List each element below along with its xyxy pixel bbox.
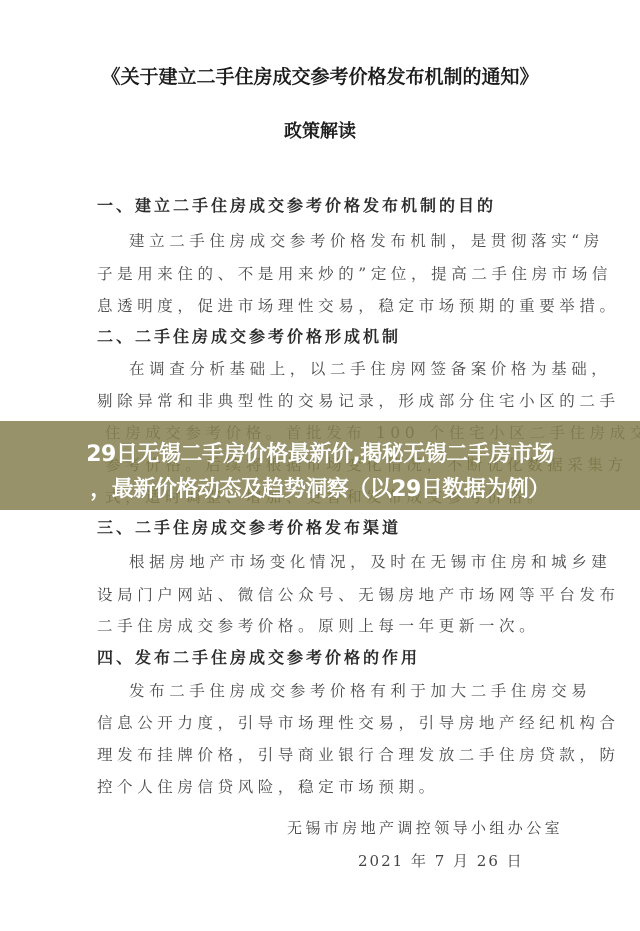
section-4-line: 控个人住房信贷风险，稳定市场预期。 — [97, 775, 439, 797]
section-3-line: 根据房地产市场变化情况，及时在无锡市住房和城乡建 — [129, 550, 611, 572]
document-title: 《关于建立二手住房成交参考价格发布机制的通知》 — [0, 62, 640, 89]
section-4-line: 发布二手住房成交参考价格有利于加大二手住房交易 — [129, 679, 591, 701]
section-1-line: 子是用来住的、不是用来炒的”定位，提高二手住房市场信 — [97, 262, 612, 284]
signature: 无锡市房地产调控领导小组办公室 — [287, 817, 563, 838]
section-4-line: 信息公开力度，引导市场理性交易，引导房地产经纪机构合 — [97, 711, 620, 733]
section-3-line: 二手住房成交参考价格。原则上每一年更新一次。 — [97, 614, 539, 636]
section-2-line: 在调查分析基础上，以二手住房网签备案价格为基础， — [129, 357, 611, 379]
section-4-line: 理发布挂牌价格，引导商业银行合理发放二手住房贷款，防 — [97, 743, 620, 765]
document-subtitle: 政策解读 — [0, 117, 640, 143]
section-1-line: 建立二手住房成交参考价格发布机制，是贯彻落实“房 — [129, 229, 604, 251]
section-2-heading: 二、二手住房成交参考价格形成机制 — [97, 324, 401, 347]
section-3-heading: 三、二手住房成交参考价格发布渠道 — [97, 515, 401, 538]
document-date: 2021 年 7 月 26 日 — [358, 850, 524, 871]
headline-line-2: ，最新价格动态及趋势洞察（以29日数据为例） — [0, 472, 640, 503]
section-4-heading: 四、发布二手住房成交参考价格的作用 — [97, 645, 420, 668]
section-1-heading: 一、建立二手住房成交参考价格发布机制的目的 — [97, 193, 496, 216]
section-3-line: 设局门户网站、微信公众号、无锡房地产市场网等平台发布 — [97, 583, 620, 605]
section-1-line: 息透明度，促进市场理性交易，稳定市场预期的重要举措。 — [97, 294, 620, 316]
headline-line-1: 29日无锡二手房价格最新价,揭秘无锡二手房市场 — [0, 437, 640, 468]
section-2-line: 剔除异常和非典型性的交易记录，形成部分住宅小区的二手 — [97, 389, 620, 411]
